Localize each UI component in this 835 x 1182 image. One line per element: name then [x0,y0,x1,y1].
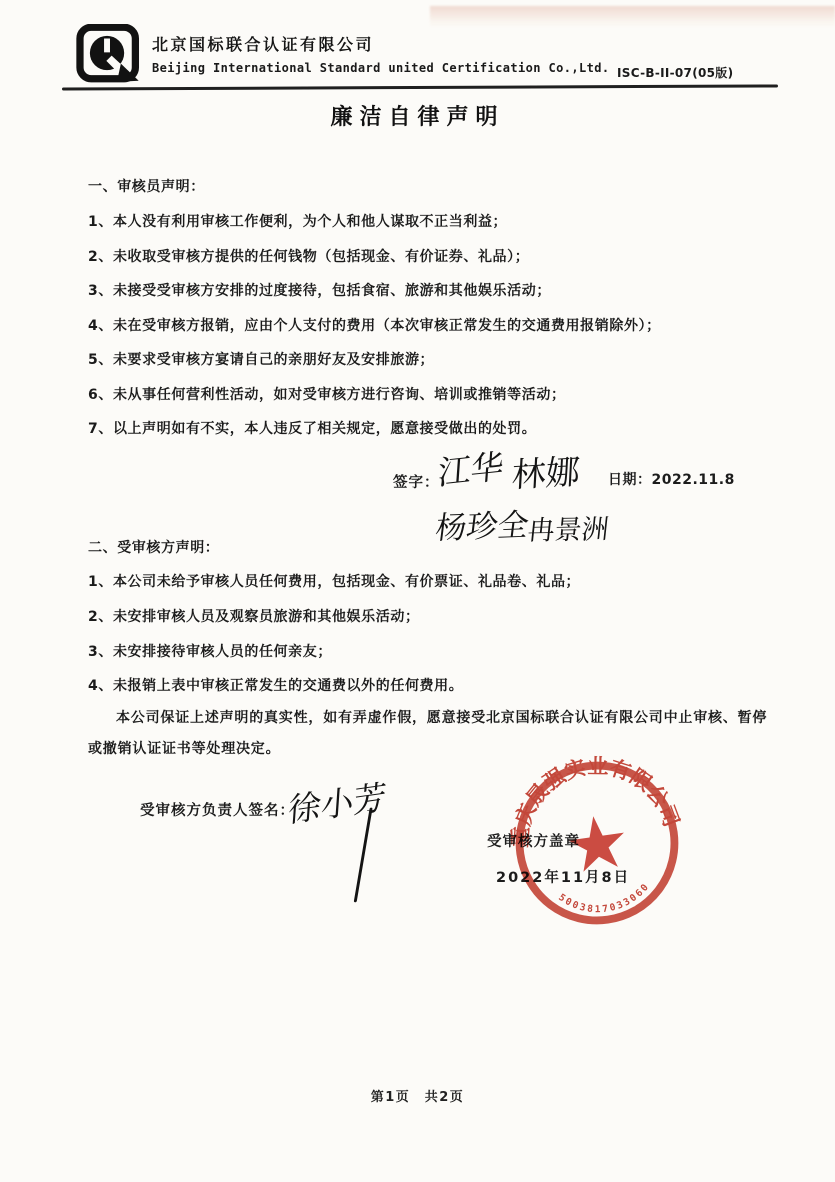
scan-artifact-tint [430,6,835,28]
section2-item-4: 4、未报销上表中审核正常发生的交通费以外的任何费用。 [88,675,463,695]
handwritten-signature-1: 江华 [437,440,506,495]
company-seal-stamp: 重庆晟强实业有限公司 5003817033060 [499,745,696,942]
section2-item-1: 1、本公司未给予审核人员任何费用，包括现金、有价票证、礼品卷、礼品； [88,571,580,591]
certification-logo-icon [76,24,142,86]
section2-heading: 二、受审核方声明： [88,537,219,557]
handwritten-signature-4: 冉景洲 [526,507,611,547]
company-name-en: Beijing International Standard united Ce… [152,61,609,75]
section1-item-1: 1、本人没有利用审核工作便利，为个人和他人谋取不正当利益； [88,211,507,231]
section2-item-2: 2、未安排审核人员及观察员旅游和其他娱乐活动； [88,606,420,626]
handwritten-signature-auditee: 徐小芳 [287,771,388,833]
section1-heading: 一、审核员声明： [88,176,205,196]
section1-item-4: 4、未在受审核方报销，应由个人支付的费用（本次审核正常发生的交通费用报销除外）； [88,315,661,335]
sign-label: 签字： [393,471,440,492]
document-code: ISC-B-II-07(05版) [617,64,733,81]
section1-item-3: 3、未接受受审核方安排的过度接待，包括食宿、旅游和其他娱乐活动； [88,280,551,300]
page-number-footer: 第1页 共2页 [0,1086,835,1105]
handwritten-signature-2: 林娜 [511,444,581,497]
company-name-cn: 北京国标联合认证有限公司 [152,32,374,55]
header-divider [62,84,778,90]
auditee-signer-label: 受审核方负责人签名： [140,799,295,820]
section1-item-6: 6、未从事任何营利性活动，如对受审核方进行咨询、培训或推销等活动； [88,384,566,404]
section1-item-5: 5、未要求受审核方宴请自己的亲朋好友及安排旅游； [88,349,434,369]
handwritten-signature-3: 杨珍全 [433,499,531,547]
scanned-document-page: 北京国标联合认证有限公司 Beijing International Stand… [0,0,835,1182]
section1-item-2: 2、未收取受审核方提供的任何钱物（包括现金、有价证券、礼品）； [88,246,529,266]
seal-star-icon [565,812,628,873]
section1-item-7: 7、以上声明如有不实，本人违反了相关规定，愿意接受做出的处罚。 [88,418,536,438]
section2-item-3: 3、未安排接待审核人员的任何亲友； [88,641,332,661]
page-title: 廉洁自律声明 [0,100,835,131]
date-label: 日期：2022.11.8 [608,469,735,489]
